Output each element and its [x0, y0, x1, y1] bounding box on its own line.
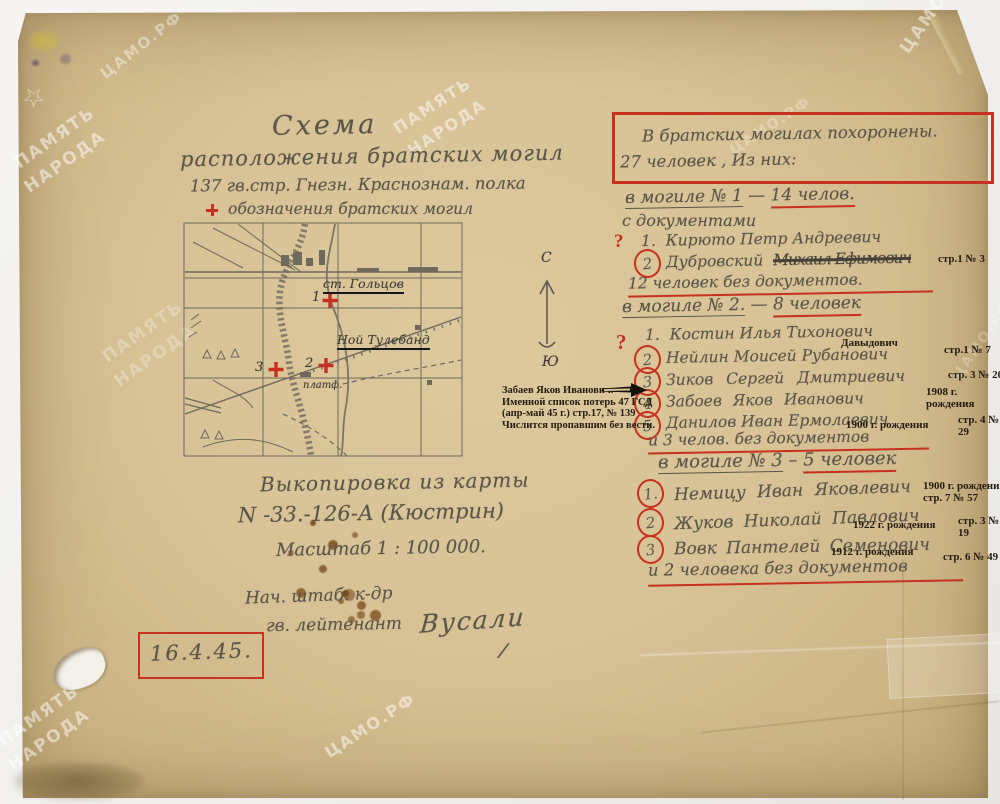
grave2-row4-birth-line2: рождения: [926, 398, 974, 410]
grave3-row2-num: 2: [645, 513, 657, 532]
grave1-subheader: с документами: [622, 211, 756, 230]
grave2-header-dash: —: [750, 295, 767, 315]
grave2-row5-ref-line2: 29: [958, 426, 999, 438]
grave2-row3-ref: стр. 3 № 20: [948, 369, 1000, 381]
grave1-row1-name: Кирюто Петр Андреевич: [666, 228, 882, 250]
map-mark-2: 2: [305, 356, 313, 371]
compass-south-label: Ю: [542, 354, 559, 370]
grave3-header: в могиле № 3 – 5 человек: [658, 448, 897, 473]
grave2-row4-birth-line1: 1908 г.: [926, 386, 974, 398]
map: ст. Гольцов 1 Ной Тулебанд 2 3 платф.: [183, 222, 463, 457]
legend-cross-icon: [206, 204, 218, 216]
map-mark-1: 1: [312, 290, 320, 305]
grave1-question-mark: ?: [614, 231, 624, 253]
scanned-document: ☆ ПАМЯТЬ НАРОДА ЦАМО.РФ ПАМЯТЬ НАРОДА ЦА…: [0, 0, 1000, 804]
grave3-footer: и 2 человека без документов: [648, 555, 963, 586]
ink-spots: [32, 60, 39, 66]
grave1-row2-ref: стр.1 № 3: [938, 253, 985, 265]
grave2-header-count: 8 человек: [773, 293, 861, 318]
crease-line-3: [902, 560, 904, 800]
grave3-row1-ref: стр. 7 № 57: [923, 492, 1000, 504]
source-line-2: N -33.-126-А (Кюстрин): [238, 499, 504, 528]
grave2-question-mark: ?: [616, 330, 627, 355]
grave2-row5-ref-line1: стр. 4 №: [958, 414, 999, 426]
grave1-header: в могиле № 1 — 14 челов.: [625, 184, 855, 208]
grave3-row1-refs: 1900 г. рождения, стр. 7 № 57: [923, 480, 1000, 504]
map-platform-label: платф.: [303, 380, 342, 391]
grave3-row2-ref-line2: 19: [958, 527, 999, 539]
grave1-row2-name: Дубровский: [666, 251, 764, 271]
bottom-smudge: [14, 762, 144, 800]
title-line-3: 137 гв.стр. Гнезн. Краснознам. полка: [190, 174, 526, 196]
grave3-header-label: в могиле № 3: [658, 450, 783, 474]
grave1-header-dash: —: [748, 186, 765, 206]
typed-note-line-3: (апр-май 45 г.) стр.17, № 139: [502, 408, 655, 420]
yellow-stain: [28, 30, 60, 52]
grave2-header-label: в могиле № 2.: [622, 295, 746, 318]
grave3-row3-num: 3: [645, 540, 657, 559]
map-town-label: Ной Тулебанд: [337, 332, 430, 350]
grave2-row2-ref: стр.1 № 7: [944, 344, 991, 356]
grave3-row2-birth: 1922 г. рождения: [853, 519, 935, 531]
map-mark-3: 3: [255, 360, 263, 375]
grave3-header-count: 5 человек: [803, 448, 897, 474]
grave1-header-count: 14 челов.: [770, 184, 854, 208]
compass: С Ю: [528, 252, 568, 372]
title-line-1: Схема: [272, 109, 378, 142]
typed-note-line-2: Именной список потерь 47 ГСД: [502, 397, 655, 409]
grave2-row-4: Забоев Яков Иванович: [666, 389, 864, 410]
source-line-3: Масштаб 1 : 100 000.: [276, 536, 486, 561]
grave3-row2-ref-line1: стр. 3 №: [958, 515, 999, 527]
grave3-header-dash: –: [788, 450, 797, 471]
grave1-row2-name-overwritten: Михаил Ефимович: [773, 249, 911, 269]
grave3-row1-birth: 1900 г. рождения,: [923, 480, 1000, 492]
summary-line-2: 27 человек , Из них:: [620, 149, 797, 171]
grave3-row1-num: 1.: [642, 484, 658, 504]
grave1-row2-num: 2: [642, 254, 654, 273]
grave1-row1-num: 1.: [641, 232, 656, 250]
grave3-row2-ref: стр. 3 № 19: [958, 515, 999, 539]
date-stamp: 16.4.45.: [150, 638, 254, 666]
grave2-header: в могиле № 2. — 8 человек: [622, 293, 861, 317]
grave2-row4-birth: 1908 г. рождения: [926, 386, 974, 410]
legend-label: обозначения братских могил: [228, 200, 473, 218]
grave2-row1-num: 1.: [645, 326, 660, 344]
signature-line-2: гв. лейтенант: [266, 614, 402, 636]
grave1-header-label: в могиле № 1: [625, 186, 743, 209]
source-line-1: Выкопировка из карты: [260, 468, 530, 497]
typed-note-line-4: Числится пропавшим без вести.: [502, 420, 655, 432]
grave2-row2-typed-above: Давыдович: [841, 337, 898, 349]
arrow-icon: [602, 382, 648, 398]
grave2-row5-ref: стр. 4 № 29: [958, 414, 999, 438]
map-station-label: ст. Гольцов: [323, 276, 404, 294]
